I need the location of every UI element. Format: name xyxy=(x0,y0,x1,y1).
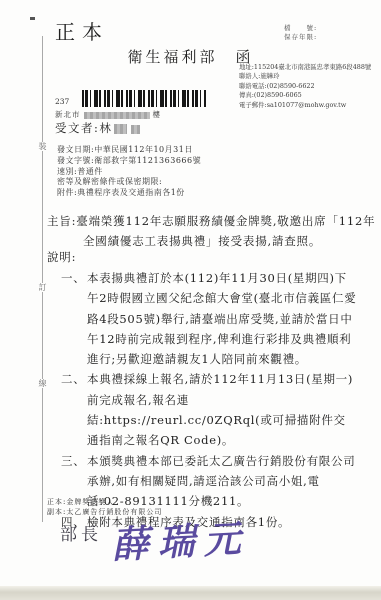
sender-contact-person: 聯絡人:施韡玲 xyxy=(239,72,371,81)
mailing-barcode xyxy=(82,90,206,107)
original-recipients: 正本:金牌獎受獎人 xyxy=(47,497,162,507)
binding-mark-xian: 線 xyxy=(38,379,47,388)
copy-type-label: 正本 xyxy=(55,16,109,45)
explanation-items: 一、 本表揚典禮訂於本(112)年11月30日(星期四)下午2時假國立國父紀念館… xyxy=(61,268,357,532)
scan-page-edge xyxy=(0,586,381,600)
binding-line xyxy=(42,36,43,522)
sender-phone: 聯絡電話:(02)8590-6622 xyxy=(239,82,371,91)
file-number-label: 檔 號: xyxy=(284,24,317,33)
scan-artifact xyxy=(30,17,35,20)
minister-title: 部長 xyxy=(60,520,102,545)
sender-email: 電子郵件:sa101077@mohw.gov.tw xyxy=(239,101,371,110)
retention-label: 保存年限: xyxy=(284,33,317,42)
recipient-label: 受文者:林 xyxy=(55,121,112,135)
list-item: 一、 本表揚典禮訂於本(112)年11月30日(星期四)下午2時假國立國父紀念館… xyxy=(61,268,357,369)
redaction-block xyxy=(131,125,140,134)
official-letter-scan: 正本 檔 號: 保存年限: 衛生福利部 函 地址:115204臺北市南港區忠孝東… xyxy=(0,0,381,600)
binding-mark-zhuang: 裝 xyxy=(38,142,47,151)
sender-address: 地址:115204臺北市南港區忠孝東路6段488號 xyxy=(239,63,371,72)
redaction-block xyxy=(84,112,150,119)
redaction-block xyxy=(114,124,127,134)
explanation-label: 說明: xyxy=(47,249,76,265)
recipient-postal-code: 237 xyxy=(55,97,69,106)
security-classification: 密等及解密條件或保密期限: xyxy=(57,177,201,188)
signature-block: 部長 薛瑞元 xyxy=(60,515,251,569)
subject-paragraph: 主旨:臺端榮獲112年志願服務績優金牌獎,敬邀出席「112年全國績優志工表揚典禮… xyxy=(47,212,381,251)
item-text: 本典禮採線上報名,請於112年11月13日(星期一)前完成報名,報名連結:htt… xyxy=(87,369,357,450)
item-number: 二、 xyxy=(61,369,87,450)
sender-fax: 傳真:(02)8590-6065 xyxy=(239,91,371,100)
recipient-address-suffix: 樓 xyxy=(153,110,162,119)
list-item: 二、 本典禮採線上報名,請於112年11月13日(星期一)前完成報名,報名連結:… xyxy=(61,369,357,450)
sender-contact-block: 地址:115204臺北市南港區忠孝東路6段488號 聯絡人:施韡玲 聯絡電話:(… xyxy=(239,63,371,110)
delivery-speed: 速別:普通件 xyxy=(57,167,201,178)
issue-date: 發文日期:中華民國112年10月31日 xyxy=(57,145,201,156)
recipient-address-line: 新北市樓 xyxy=(55,109,161,120)
recipient-city: 新北市 xyxy=(55,110,81,119)
item-number: 一、 xyxy=(61,268,87,369)
subject-label: 主旨: xyxy=(47,214,76,228)
item-text: 本表揚典禮訂於本(112)年11月30日(星期四)下午2時假國立國父紀念館大會堂… xyxy=(87,268,357,369)
attachment-note: 附件:典禮程序表及交通指南各1份 xyxy=(57,188,201,199)
document-number: 發文字號:衛部救字第1121363666號 xyxy=(57,156,201,167)
subject-text: 臺端榮獲112年志願服務績優金牌獎,敬邀出席「112年全國績優志工表揚典禮」接受… xyxy=(76,214,375,248)
document-meta-block: 發文日期:中華民國112年10月31日 發文字號:衛部救字第1121363666… xyxy=(57,145,201,199)
file-number-block: 檔 號: 保存年限: xyxy=(284,24,317,41)
binding-mark-ding: 訂 xyxy=(38,283,47,292)
recipient-name-line: 受文者:林 xyxy=(55,120,140,136)
minister-signature: 薛瑞元 xyxy=(110,508,251,569)
